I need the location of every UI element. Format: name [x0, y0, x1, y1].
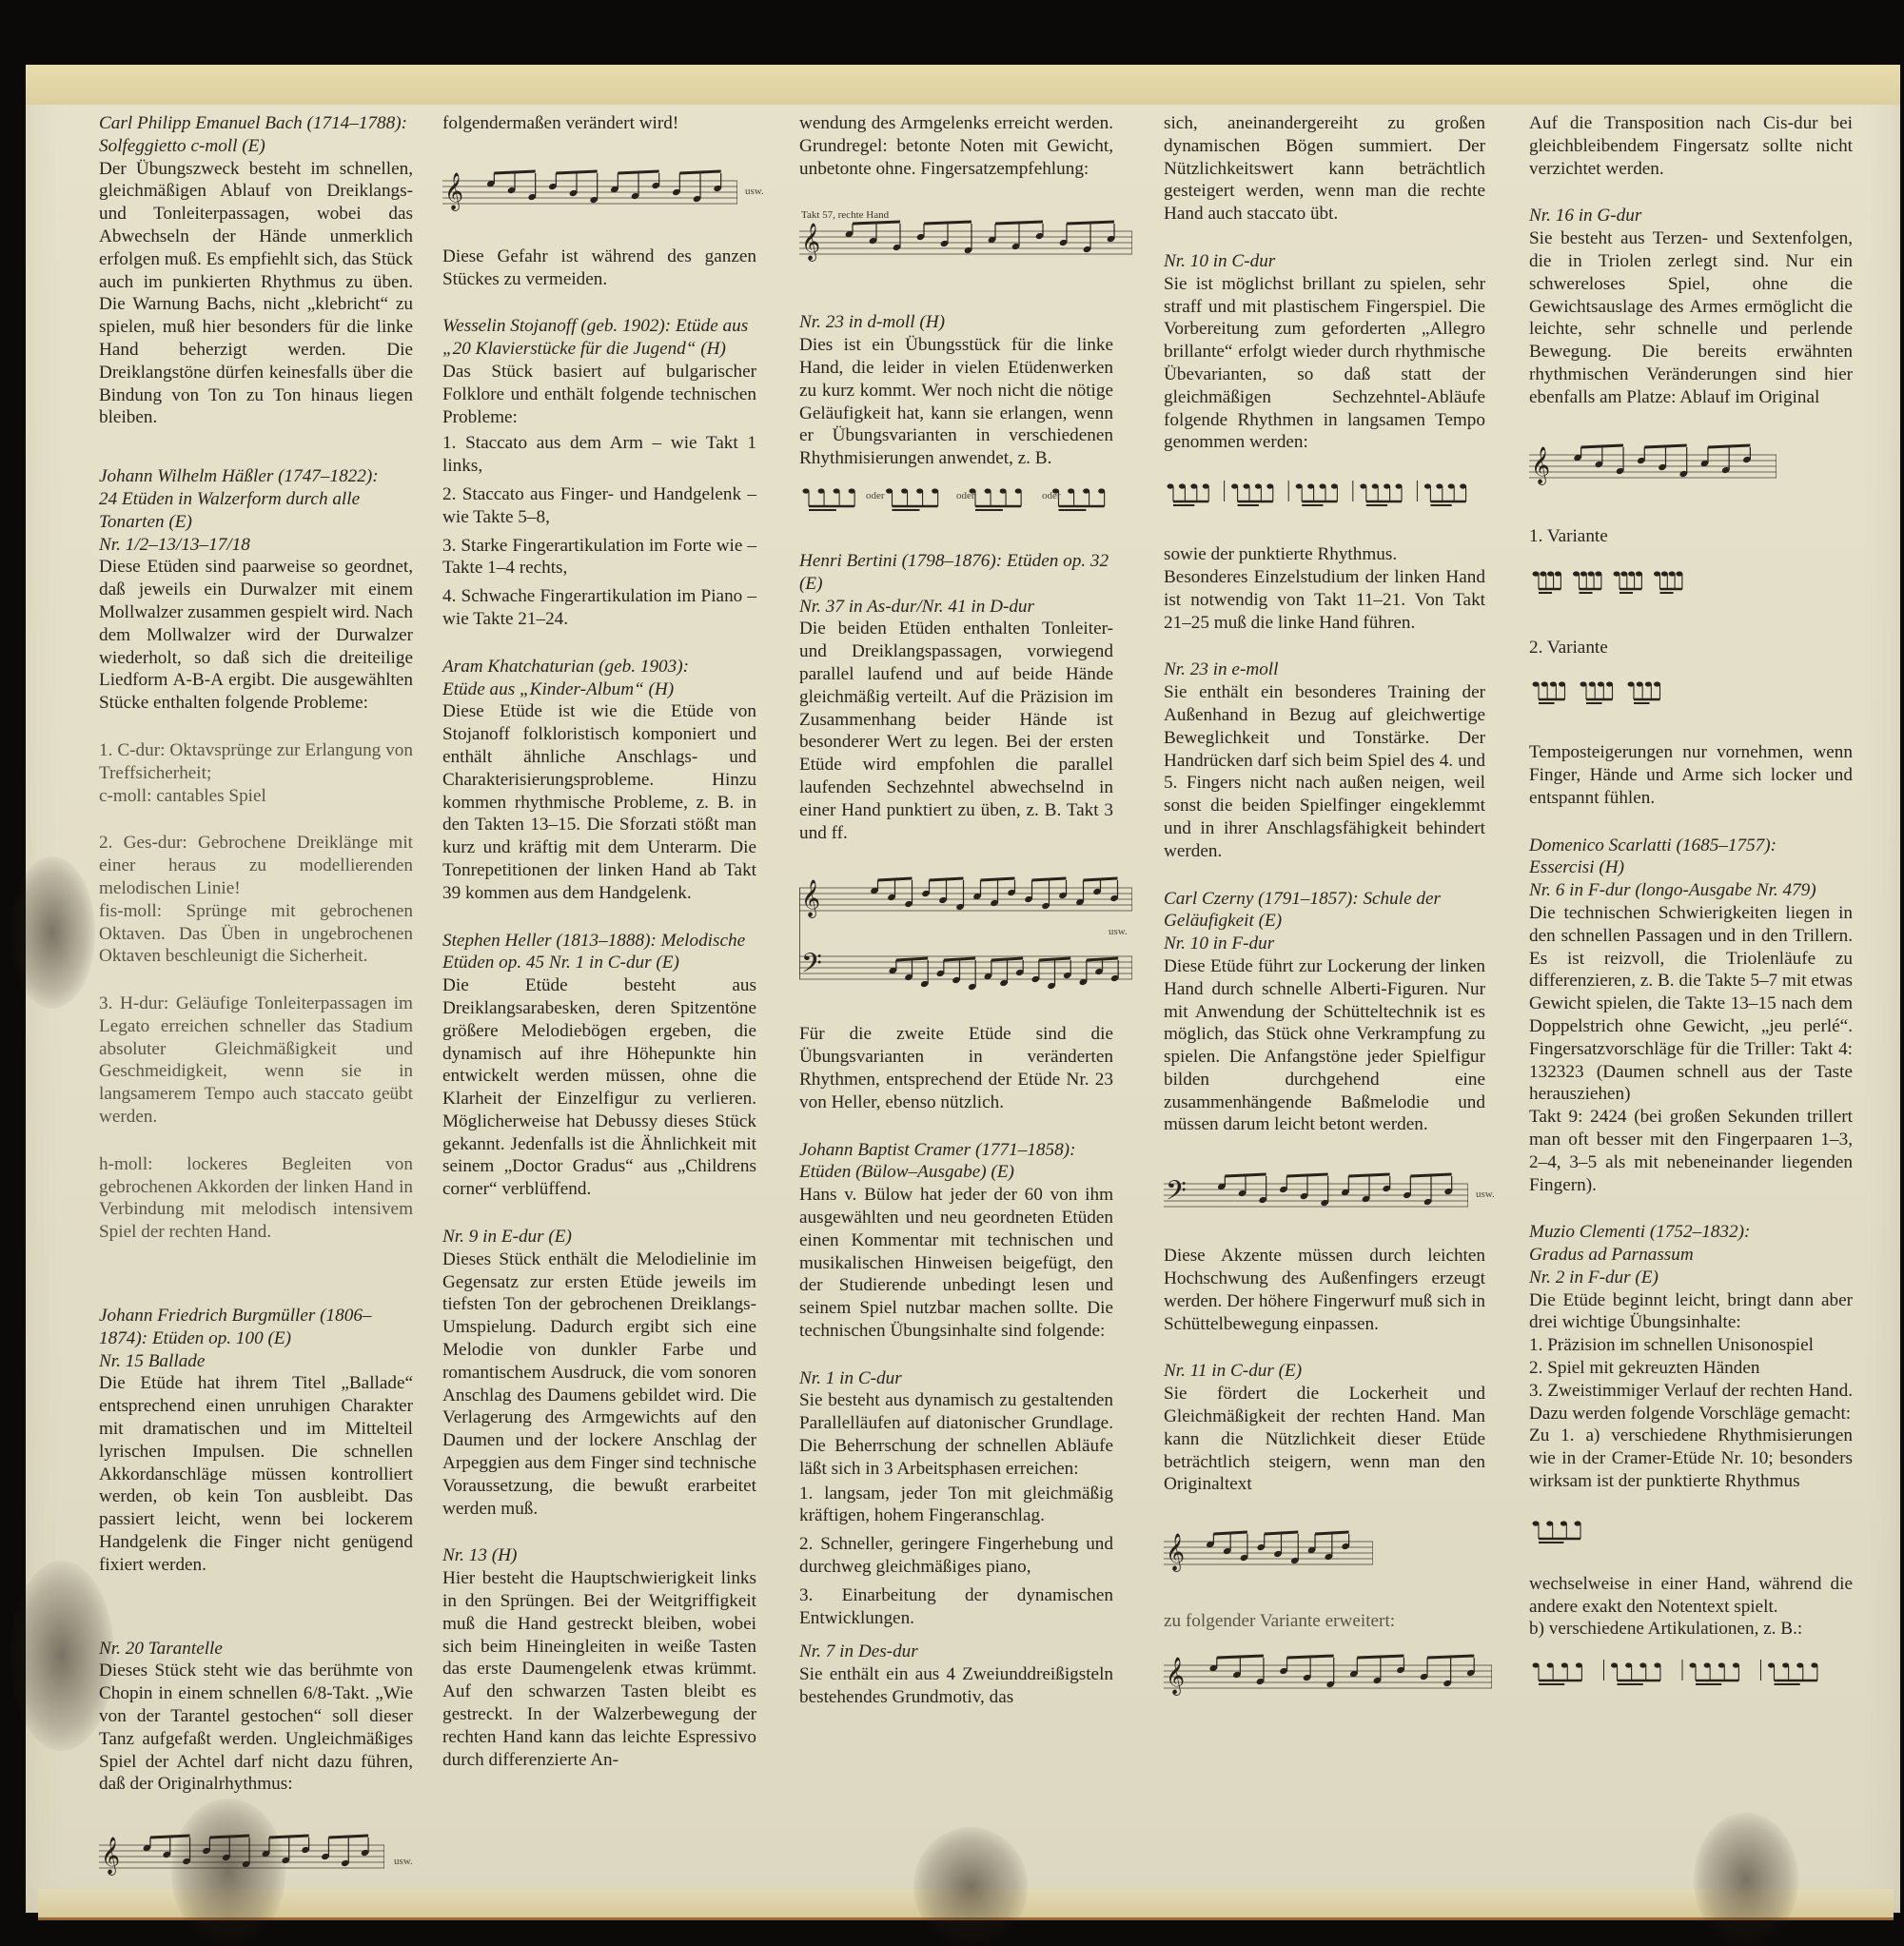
heading-clementi: Muzio Clementi (1752–1832): Gradus ad Pa… — [1529, 1221, 1853, 1288]
heading-line: Wesselin Stojanoff (geb. 1902): Etüde au… — [442, 315, 756, 361]
rhythm-variant-2 — [1529, 675, 1853, 709]
paragraph: Sie fördert die Lockerheit und Gleichmäß… — [1164, 1383, 1485, 1496]
heading-line: Carl Philipp Emanuel Bach (1714–1788): — [99, 112, 413, 135]
heading-line: Nr. 10 in C-dur — [1164, 250, 1485, 273]
paragraph: Dieses Stück steht wie das berühmte von … — [99, 1660, 413, 1796]
svg-text:𝄞: 𝄞 — [801, 879, 820, 918]
svg-text:𝄞: 𝄞 — [1531, 446, 1550, 485]
heading-line: Nr. 13 (H) — [442, 1544, 756, 1567]
rhythm-variant-1 — [1529, 564, 1853, 599]
paragraph: Hans v. Bülow hat jeder der 60 von ihm a… — [799, 1184, 1113, 1343]
svg-text:𝄞: 𝄞 — [444, 172, 463, 211]
paragraph: Das Stück basiert auf bulgarischer Folkl… — [442, 361, 756, 428]
list-item: Zu 1. a) verschiedene Rhythmisierungen w… — [1529, 1425, 1853, 1492]
rhythm-variants — [1164, 477, 1485, 515]
music-notation-original: 𝄞 — [1529, 434, 1853, 487]
heading-line: Nr. 11 in C-dur (E) — [1164, 1360, 1485, 1383]
paragraph: sowie der punktierte Rhythmus. — [1164, 543, 1485, 566]
heading-line: Nr. 23 in d-moll (H) — [799, 311, 1113, 334]
heading-line: Gradus ad Parnassum — [1529, 1244, 1853, 1267]
paragraph: wendung des Armgelenks erreicht werden. … — [799, 112, 1113, 180]
rhythm-articulations — [1529, 1656, 1853, 1690]
heading-line: Essercisi (H) — [1529, 856, 1853, 879]
paragraph: Dies ist ein Übungsstück für die linke H… — [799, 334, 1113, 470]
paragraph: Die Etüde besteht aus Dreiklangsarabeske… — [442, 974, 756, 1201]
svg-text:𝄢: 𝄢 — [801, 948, 822, 986]
heading-stojanoff: Wesselin Stojanoff (geb. 1902): Etüde au… — [442, 315, 756, 361]
list-item: 1. langsam, jeder Ton mit gleichmäßig kr… — [799, 1483, 1113, 1528]
heading-line: Nr. 6 in F-dur (longo-Ausgabe Nr. 479) — [1529, 879, 1853, 902]
paragraph: Temposteigerungen nur vornehmen, wenn Fi… — [1529, 741, 1853, 809]
oder-label: oder — [956, 485, 975, 508]
heading-line: Nr. 20 Tarantelle — [99, 1638, 413, 1661]
heading-nr13: Nr. 13 (H) — [442, 1544, 756, 1567]
svg-text:𝄢: 𝄢 — [1166, 1175, 1187, 1213]
heading-burgmueller: Johann Friedrich Burgmüller (1806–1874):… — [99, 1305, 413, 1372]
column-2: folgendermaßen verändert wird! 𝄞 usw. Di… — [442, 112, 756, 1782]
shadow — [1694, 1813, 1798, 1946]
svg-text:𝄞: 𝄞 — [1166, 1533, 1185, 1572]
paragraph: Für die zweite Etüde sind die Übungsvari… — [799, 1023, 1113, 1113]
variant-label: 2. Variante — [1529, 637, 1853, 659]
paragraph: b) verschiedene Artikulationen, z. B.: — [1529, 1618, 1853, 1641]
paragraph: c-moll: cantables Spiel — [99, 785, 413, 808]
column-3: wendung des Armgelenks erreicht werden. … — [799, 112, 1113, 1720]
paragraph: fis-moll: Sprünge mit gebrochenen Oktave… — [99, 900, 413, 968]
paragraph: Diese Etüde führt zur Lockerung der link… — [1164, 955, 1485, 1136]
paragraph: Sie ist möglichst brillant zu spielen, s… — [1164, 273, 1485, 454]
usw-label: usw. — [745, 181, 764, 204]
heading-line: Nr. 2 in F-dur (E) — [1529, 1267, 1853, 1289]
paragraph: Die Etüde hat ihrem Titel „Ballade“ ents… — [99, 1372, 413, 1576]
music-notation-original: 𝄞 — [1164, 1521, 1485, 1574]
heading-czerny: Carl Czerny (1791–1857): Schule der Gelä… — [1164, 888, 1485, 955]
svg-text:𝄞: 𝄞 — [801, 223, 820, 262]
list-item: 1. Staccato aus dem Arm – wie Takt 1 lin… — [442, 432, 756, 478]
shadow — [171, 1799, 285, 1946]
music-notation-czerny: 𝄢 usw. — [1164, 1163, 1485, 1216]
music-notation-variant: 𝄞 — [1164, 1644, 1485, 1698]
heading-line: Etüde aus „Kinder-Album“ (H) — [442, 678, 756, 701]
heading-haessler: Johann Wilhelm Häßler (1747–1822): 24 Et… — [99, 465, 413, 556]
list-item: 3. Starke Fingerartikulation im Forte wi… — [442, 535, 756, 580]
oder-label: oder — [1042, 485, 1061, 508]
list-item: 1. Präzision im schnellen Unisonospiel — [1529, 1334, 1853, 1357]
paragraph: wechselweise in einer Hand, während die … — [1529, 1573, 1853, 1619]
usw-label: usw. — [394, 1851, 413, 1874]
list-item: 3. Zweistimmiger Verlauf der rechten Han… — [1529, 1380, 1853, 1425]
heading-line: Muzio Clementi (1752–1832): — [1529, 1221, 1853, 1244]
heading-line: Henri Bertini (1798–1876): Etüden op. 32… — [799, 550, 1113, 596]
paragraph: Die technischen Schwierigkeiten liegen i… — [1529, 902, 1853, 1106]
heading-line: Johann Baptist Cramer (1771–1858): — [799, 1139, 1113, 1162]
heading-nr23-dmoll: Nr. 23 in d-moll (H) — [799, 311, 1113, 334]
paragraph: Der Übungszweck besteht im schnellen, gl… — [99, 158, 413, 430]
svg-text:𝄞: 𝄞 — [101, 1837, 120, 1876]
paragraph: Hier besteht die Hauptschwierigkeit link… — [442, 1567, 756, 1771]
heading-nr23-emoll: Nr. 23 in e-moll — [1164, 658, 1485, 681]
paragraph: 1. C-dur: Oktavsprünge zur Erlangung von… — [99, 739, 413, 785]
heading-line: Johann Wilhelm Häßler (1747–1822): — [99, 465, 413, 488]
heading-line: Aram Khatchaturian (geb. 1903): — [442, 656, 756, 678]
list-item: 4. Schwache Fingerartikulation im Piano … — [442, 585, 756, 631]
column-4: sich, aneinandergereiht zu großen dynami… — [1164, 112, 1485, 1719]
shadow — [10, 1561, 114, 1751]
paragraph: 3. H-dur: Geläufige Tonleiterpassagen im… — [99, 993, 413, 1129]
paragraph: folgendermaßen verändert wird! — [442, 112, 756, 135]
heading-nr7: Nr. 7 in Des-dur — [799, 1641, 1113, 1663]
shadow — [10, 856, 95, 1009]
paragraph: sich, aneinandergereiht zu großen dynami… — [1164, 112, 1485, 226]
paragraph: zu folgender Variante erweitert: — [1164, 1610, 1485, 1633]
heading-line: Nr. 23 in e-moll — [1164, 658, 1485, 681]
music-notation-takt57: Takt 57, rechte Hand 𝄞 — [799, 205, 1113, 290]
paragraph: h-moll: lockeres Begleiten von gebrochen… — [99, 1153, 413, 1244]
paragraph: Besonderes Einzelstudium der linken Hand… — [1164, 566, 1485, 634]
music-notation-bertini: 𝄞𝄢 usw. — [799, 869, 1113, 1002]
list-item: 2. Staccato aus Finger- und Handgelenk –… — [442, 483, 756, 529]
oder-label: oder — [866, 485, 885, 508]
rhythm-dotted — [1529, 1514, 1853, 1548]
heading-scarlatti: Domenico Scarlatti (1685–1757): Essercis… — [1529, 835, 1853, 902]
column-1: Carl Philipp Emanuel Bach (1714–1788): S… — [99, 112, 413, 1898]
paragraph: Sie enthält ein besonderes Training der … — [1164, 681, 1485, 862]
variant-label: 1. Variante — [1529, 525, 1853, 548]
heading-cramer: Johann Baptist Cramer (1771–1858): Etüde… — [799, 1139, 1113, 1185]
paragraph: Die Etüde beginnt leicht, bringt dann ab… — [1529, 1289, 1853, 1335]
column-5: Auf die Transposition nach Cis-dur bei g… — [1529, 112, 1853, 1711]
heading-nr9: Nr. 9 in E-dur (E) — [442, 1226, 756, 1248]
paragraph: Takt 9: 2424 (bei großen Sekunden trille… — [1529, 1106, 1853, 1196]
heading-khatchaturian: Aram Khatchaturian (geb. 1903): Etüde au… — [442, 656, 756, 701]
heading-bach: Carl Philipp Emanuel Bach (1714–1788): S… — [99, 112, 413, 158]
heading-tarantelle: Nr. 20 Tarantelle — [99, 1638, 413, 1661]
heading-nr1-cdur: Nr. 1 in C-dur — [799, 1367, 1113, 1390]
heading-line: Johann Friedrich Burgmüller (1806–1874):… — [99, 1305, 413, 1350]
heading-nr10-cdur: Nr. 10 in C-dur — [1164, 250, 1485, 273]
paragraph: Diese Gefahr ist während des ganzen Stüc… — [442, 246, 756, 291]
heading-line: Domenico Scarlatti (1685–1757): — [1529, 835, 1853, 857]
heading-bertini: Henri Bertini (1798–1876): Etüden op. 32… — [799, 550, 1113, 618]
paragraph: Auf die Transposition nach Cis-dur bei g… — [1529, 112, 1853, 180]
paragraph: Die beiden Etüden enthalten Tonleiter- u… — [799, 618, 1113, 844]
paragraph: Sie besteht aus Terzen- und Sextenfolgen… — [1529, 227, 1853, 408]
list-item: 3. Einarbeitung der dynamischen Entwickl… — [799, 1584, 1113, 1630]
heading-line: Nr. 7 in Des-dur — [799, 1641, 1113, 1663]
music-notation-variant: 𝄞 usw. — [442, 160, 756, 213]
list-item: 2. Spiel mit gekreuzten Händen — [1529, 1357, 1853, 1380]
paragraph: Sie besteht aus dynamisch zu gestaltende… — [799, 1389, 1113, 1480]
list-item: 2. Schneller, geringere Fingerhebung und… — [799, 1533, 1113, 1579]
paragraph: Diese Etüde ist wie die Etüde von Stojan… — [442, 700, 756, 904]
usw-label: usw. — [1476, 1184, 1495, 1207]
heading-line: Solfeggietto c-moll (E) — [99, 135, 413, 158]
heading-line: Etüden (Bülow–Ausgabe) (E) — [799, 1161, 1113, 1184]
heading-heller: Stephen Heller (1813–1888): Melodische E… — [442, 930, 756, 975]
paragraph: Diese Akzente müssen durch leichten Hoch… — [1164, 1245, 1485, 1335]
paragraph: Sie enthält ein aus 4 Zweiunddreißigstel… — [799, 1663, 1113, 1709]
heading-line: Nr. 16 in G-dur — [1529, 205, 1853, 227]
svg-text:𝄞: 𝄞 — [1166, 1657, 1185, 1696]
usw-label: usw. — [1109, 921, 1128, 944]
heading-nr16-gdur: Nr. 16 in G-dur — [1529, 205, 1853, 227]
heading-line: 24 Etüden in Walzerform durch alle Tonar… — [99, 488, 413, 534]
heading-line: Stephen Heller (1813–1888): Melodische E… — [442, 930, 756, 975]
paragraph: 2. Ges-dur: Gebrochene Dreiklänge mit ei… — [99, 832, 413, 899]
heading-line: Nr. 15 Ballade — [99, 1350, 413, 1373]
heading-nr11-cdur: Nr. 11 in C-dur (E) — [1164, 1360, 1485, 1383]
sleeve-top-edge — [26, 65, 1900, 105]
heading-line: Nr. 1 in C-dur — [799, 1367, 1113, 1390]
rhythm-variants: oder oder oder — [799, 482, 1113, 516]
heading-line: Nr. 9 in E-dur (E) — [442, 1226, 756, 1248]
shadow — [913, 1827, 1028, 1946]
heading-line: Nr. 1/2–13/13–17/18 — [99, 534, 413, 557]
heading-line: Carl Czerny (1791–1857): Schule der Gelä… — [1164, 888, 1485, 934]
paragraph: Diese Etüden sind paarweise so geordnet,… — [99, 556, 413, 715]
heading-line: Nr. 10 in F-dur — [1164, 933, 1485, 955]
paragraph: Dieses Stück enthält die Melodielinie im… — [442, 1248, 756, 1521]
heading-line: Nr. 37 in As-dur/Nr. 41 in D-dur — [799, 596, 1113, 619]
